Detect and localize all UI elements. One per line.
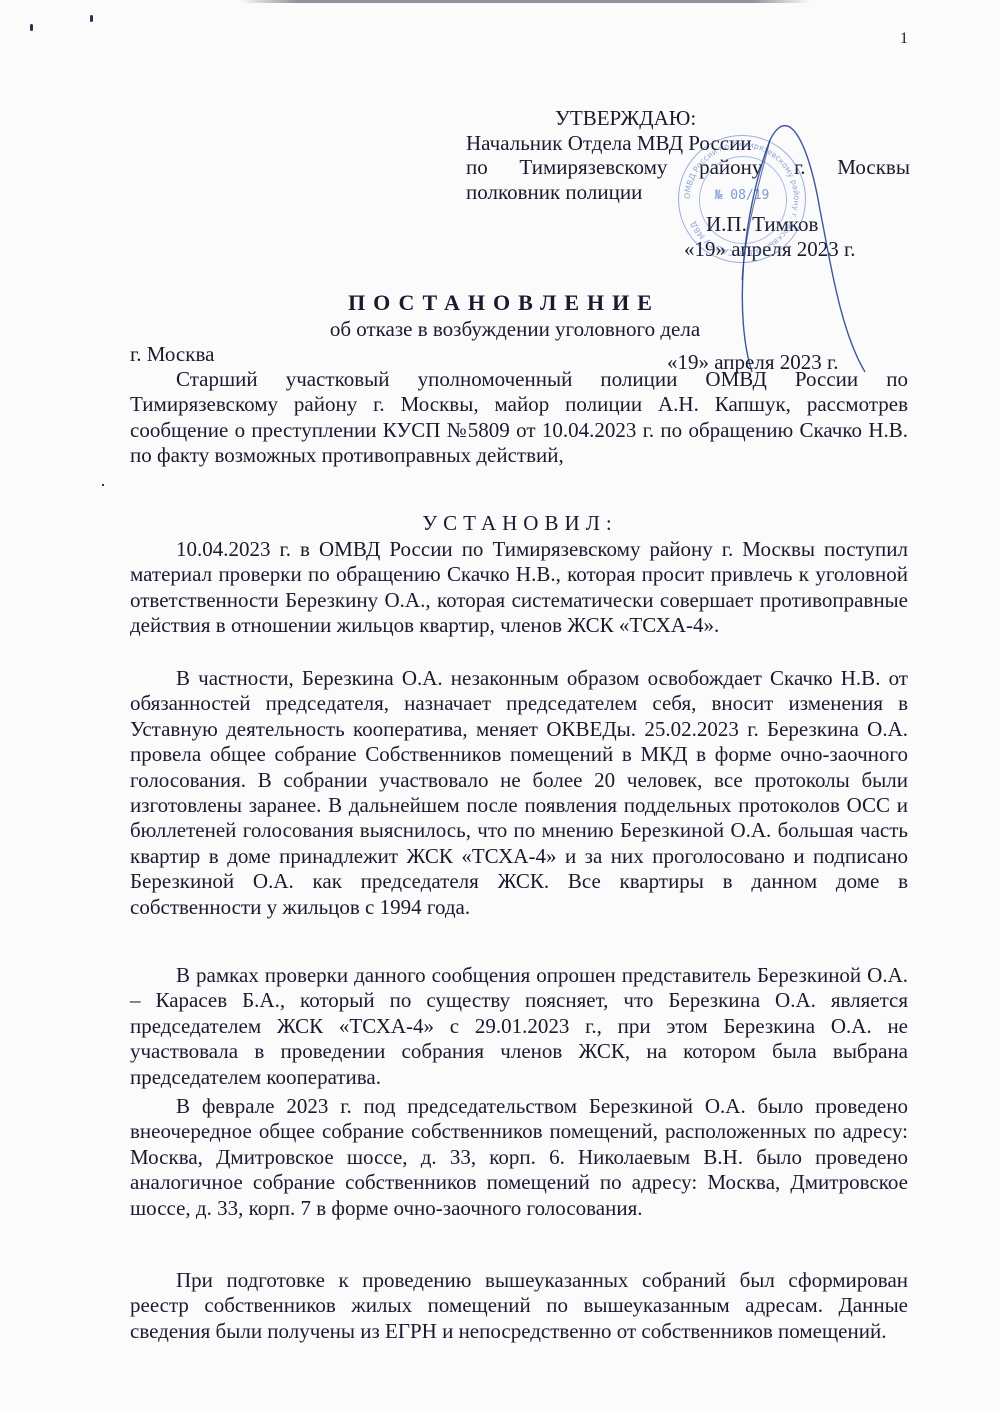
- page-number: 1: [900, 30, 908, 48]
- paragraph-text: В частности, Березкина О.А. незаконным о…: [130, 666, 908, 920]
- paragraph: 10.04.2023 г. в ОМВД России по Тимирязев…: [130, 537, 908, 639]
- scan-dot: [102, 484, 104, 486]
- document-place: г. Москва: [130, 342, 214, 367]
- paragraph: В частности, Березкина О.А. незаконным о…: [130, 666, 908, 920]
- document-title: ПОСТАНОВЛЕНИЕ: [0, 290, 1000, 316]
- paragraph-text: При подготовке к проведению вышеуказанны…: [130, 1268, 908, 1344]
- scan-mark: [90, 15, 93, 22]
- intro-paragraph: Старший участковый уполномоченный полици…: [130, 367, 908, 469]
- paragraph-text: В рамках проверки данного сообщения опро…: [130, 963, 908, 1090]
- paragraph: В рамках проверки данного сообщения опро…: [130, 963, 908, 1090]
- official-stamp-icon: ОМВД России по Тимирязевскому району г. …: [678, 135, 806, 263]
- stamp-number: № 08/19: [679, 188, 805, 203]
- paragraph: При подготовке к проведению вышеуказанны…: [130, 1268, 908, 1344]
- scan-mark: [30, 24, 33, 31]
- document-subtitle: об отказе в возбуждении уголовного дела: [0, 317, 1000, 342]
- word: Тимирязевскому: [519, 155, 667, 180]
- paragraph-text: В феврале 2023 г. под председательством …: [130, 1094, 908, 1221]
- scan-edge-shadow: [240, 0, 810, 3]
- paragraph: В феврале 2023 г. под председательством …: [130, 1094, 908, 1221]
- paragraph-text: Старший участковый уполномоченный полици…: [130, 367, 908, 469]
- paragraph-text: 10.04.2023 г. в ОМВД России по Тимирязев…: [130, 537, 908, 639]
- word: Москвы: [837, 155, 910, 180]
- section-heading: УСТАНОВИЛ:: [0, 511, 1000, 536]
- word: по: [466, 155, 488, 180]
- approval-heading: УТВЕРЖДАЮ:: [466, 106, 910, 131]
